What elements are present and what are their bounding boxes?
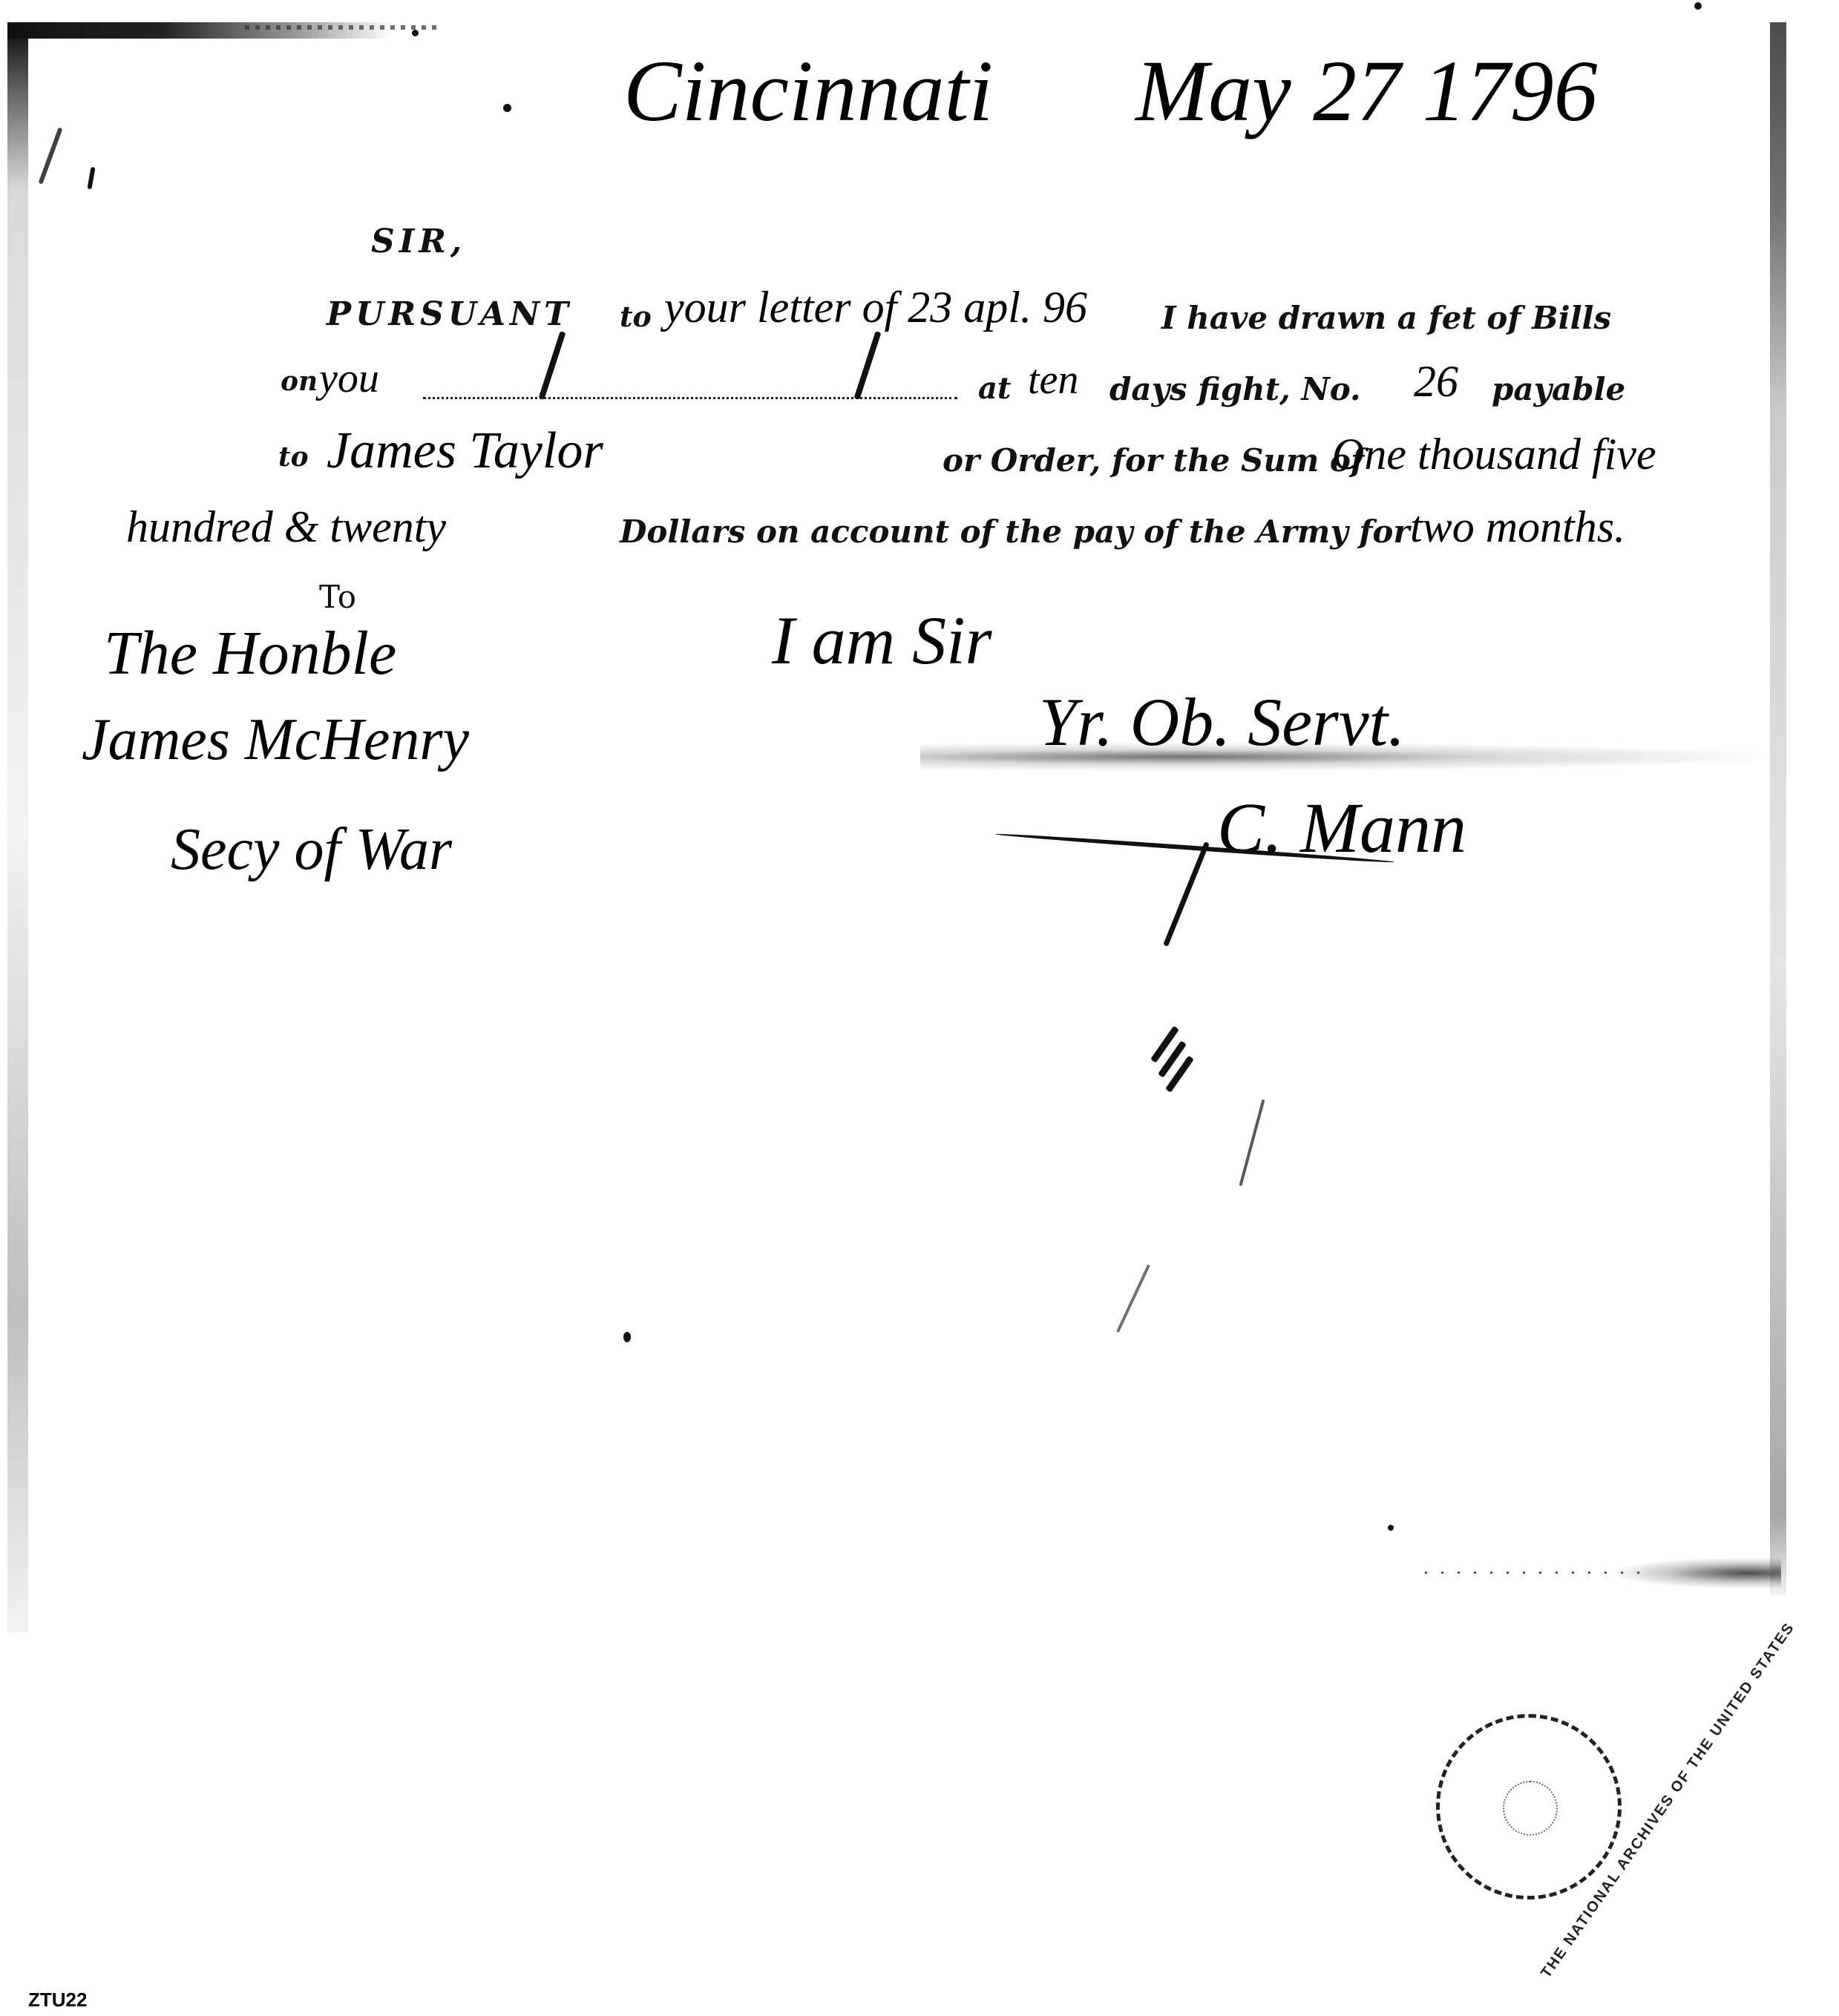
stamp-text: THE NATIONAL ARCHIVES OF THE UNITED STAT… [1538, 1620, 1798, 1982]
dateline-date: May 27 1796 [1135, 41, 1598, 142]
national-archives-stamp: THE NATIONAL ARCHIVES OF THE UNITED STAT… [1436, 1714, 1622, 1900]
handwritten-slash-stroke [854, 331, 882, 400]
handwritten-days-count: ten [1028, 356, 1078, 404]
printed-dollars-account: Dollars on account of the pay of the Arm… [620, 513, 1410, 550]
printed-drawn-bills: I have drawn a fet of Bills [1161, 300, 1611, 336]
printed-payable: payable [1492, 371, 1625, 407]
blank-fill-line [423, 397, 957, 399]
handwritten-payee: James Taylor [327, 421, 603, 481]
printed-to-payee: to [278, 441, 309, 473]
scan-edge-speckle-top [245, 25, 438, 30]
speck [1694, 2, 1702, 10]
handwritten-slash-stroke [539, 331, 566, 400]
printed-or-order-sum: or Order, for the Sum of [943, 442, 1364, 479]
handwritten-period: two months. [1410, 502, 1625, 553]
printed-addressee-to: To [319, 579, 356, 615]
speck [1388, 1525, 1394, 1531]
scanned-document-page: Cincinnati May 27 1796 SIR, PURSUANT to … [0, 0, 1839, 2016]
faint-pen-stroke [1116, 1264, 1150, 1333]
handwritten-drawee: you [319, 355, 379, 402]
handwritten-bill-number: 26 [1414, 356, 1458, 407]
margin-mark [87, 167, 95, 190]
handwritten-sum-part2: hundred & twenty [126, 502, 446, 553]
dateline-place: Cincinnati [623, 41, 993, 142]
speck [503, 104, 511, 112]
speck [412, 30, 419, 36]
document-identifier: ZTU22 [28, 1989, 87, 2012]
faint-pen-stroke [1239, 1100, 1265, 1186]
fold-line-lower [1425, 1572, 1648, 1574]
stamp-center-emblem [1503, 1781, 1558, 1836]
printed-on: on [281, 366, 318, 397]
printed-pursuant: PURSUANT [327, 295, 573, 333]
addressee-office: Secy of War [171, 816, 452, 884]
printed-to: to [620, 300, 652, 333]
addressee-name: James McHenry [82, 706, 469, 774]
speck [623, 1332, 631, 1342]
closing-line2: Yr. Ob. Servt. [1039, 683, 1405, 761]
margin-mark [39, 127, 63, 184]
closing-line1: I am Sir [772, 601, 991, 680]
scan-edge-shadow-left [7, 30, 28, 1632]
salutation: SIR, [371, 223, 466, 260]
printed-days-sight-no: days fight, No. [1109, 371, 1361, 407]
handwritten-sum-part1: One thousand five [1332, 429, 1656, 480]
scan-edge-shadow-right [1770, 22, 1786, 1595]
handwritten-letter-reference: your letter of 23 apl. 96 [664, 282, 1087, 333]
printed-at: at [978, 371, 1011, 406]
signature-downstroke [1163, 841, 1210, 947]
addressee-title: The Honble [104, 617, 396, 689]
